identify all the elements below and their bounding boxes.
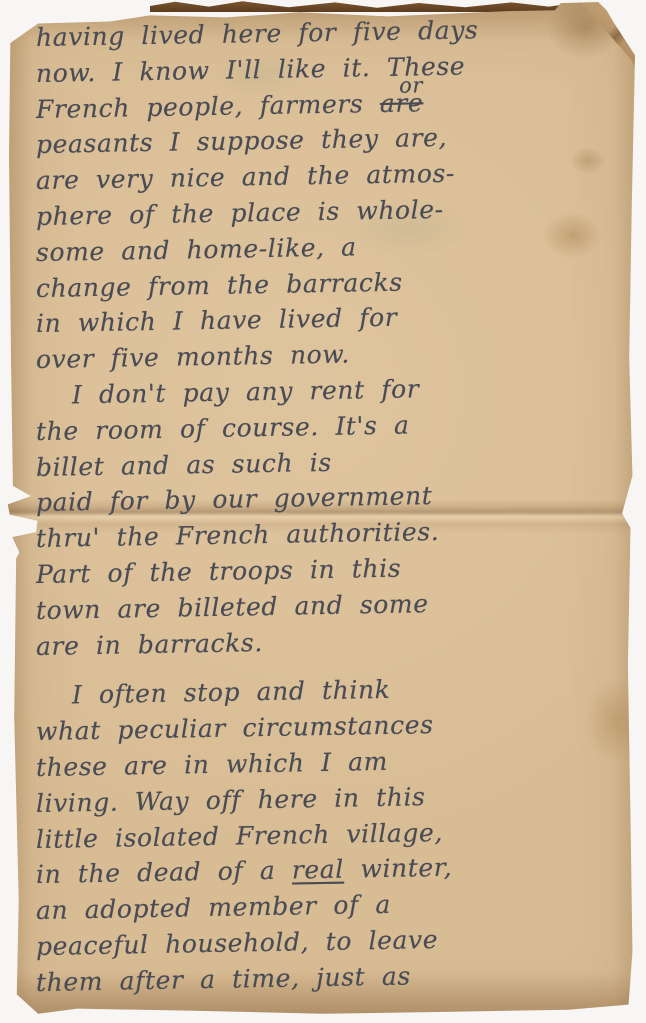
text-segment: change from the barracks	[36, 267, 403, 302]
text-segment: Part of the troops in this	[36, 554, 402, 589]
text-segment: peaceful household, to leave	[36, 925, 439, 961]
text-segment: peasants I suppose they are,	[36, 123, 448, 159]
text-segment: billet and as such is	[36, 447, 332, 481]
text-segment: paid for by our government	[36, 481, 433, 517]
corrected-word: orare	[380, 85, 424, 122]
text-segment: thru' the French authorities.	[36, 517, 440, 553]
text-segment: in which I have lived for	[36, 303, 398, 338]
text-segment: little isolated French village,	[36, 817, 443, 853]
torn-edge-sliver	[150, 0, 570, 12]
text-segment: I don't pay any rent for	[72, 374, 420, 409]
text-segment: I often stop and think	[72, 675, 391, 710]
text-segment: having lived here for five days	[36, 15, 479, 52]
letter-paper: having lived here for five daysnow. I kn…	[0, 0, 646, 1023]
text-segment: town are billeted and some	[36, 589, 429, 625]
text-segment: are very nice and the atmos-	[36, 159, 455, 195]
underlined-word: real	[292, 855, 345, 885]
letter-lines: having lived here for five daysnow. I kn…	[36, 20, 622, 1001]
text-segment: living. Way off here in this	[36, 782, 426, 818]
scanned-letter-background: having lived here for five daysnow. I kn…	[0, 0, 646, 1023]
text-segment: what peculiar circumstances	[36, 710, 434, 746]
inserted-word: or	[399, 68, 424, 104]
text-segment: winter,	[344, 853, 453, 884]
text-segment: in the dead of a	[36, 856, 292, 889]
text-segment: them after a time, just as	[36, 961, 411, 997]
text-segment: are in barracks.	[36, 628, 263, 661]
text-segment: an adopted member of a	[36, 890, 391, 925]
text-segment: these are in which I am	[36, 747, 388, 782]
text-segment: the room of course. It's a	[36, 410, 410, 446]
text-segment: some and home-like, a	[36, 232, 357, 267]
text-segment: over five months now.	[36, 340, 350, 374]
text-segment: phere of the place is whole-	[36, 195, 444, 231]
text-segment: French people, farmers	[36, 89, 380, 124]
